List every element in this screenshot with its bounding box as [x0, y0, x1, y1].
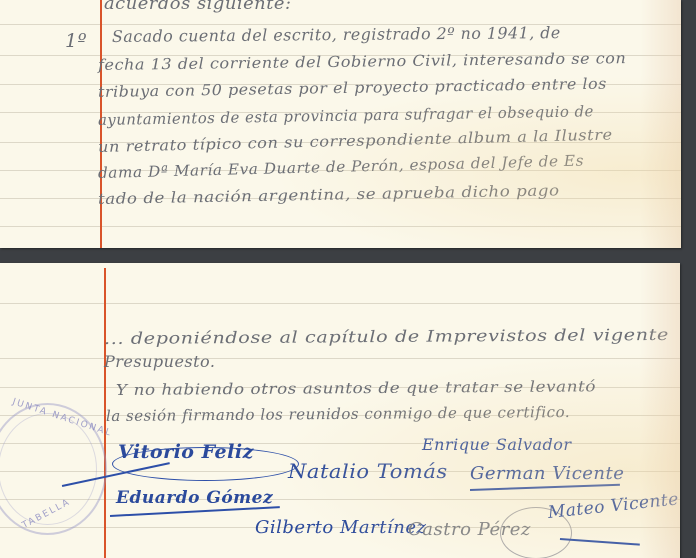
signature: German Vicente	[470, 463, 624, 484]
signature-flourish	[560, 538, 640, 545]
text-line-4: ayuntamientos de esta provincia para suf…	[98, 102, 594, 129]
signature: Eduardo Gómez	[116, 488, 273, 508]
text-line-7: tado de la nación argentina, se aprueba …	[98, 181, 560, 208]
ruled-line	[0, 226, 681, 227]
text-line-1: Sacado cuenta del escrito, registrado 2º…	[112, 23, 561, 46]
document-fragment-bottom: JUNTA NACIONAL TABELLA ... deponiéndose …	[0, 263, 680, 558]
ruled-line	[0, 358, 680, 359]
signature: Natalio Tomás	[288, 459, 448, 483]
text-line-3: tribuya con 50 pesetas por el proyecto p…	[98, 75, 607, 101]
text-line-1: Presupuesto.	[104, 352, 216, 371]
text-line-2: Y no habiendo otros asuntos de que trata…	[116, 377, 596, 399]
official-stamp: JUNTA NACIONAL TABELLA	[0, 403, 107, 535]
text-line-2: fecha 13 del corriente del Gobierno Civi…	[98, 49, 627, 74]
signature: Enrique Salvador	[422, 435, 572, 454]
signature: Vitorio Feliz	[118, 441, 254, 463]
signature: Gilberto Martínez	[255, 517, 426, 538]
ruled-line	[0, 303, 680, 304]
text-line-0: acuerdos siguiente:	[104, 0, 292, 14]
document-fragment-top: 1º acuerdos siguiente: Sacado cuenta del…	[0, 0, 681, 248]
document-viewer: 1º acuerdos siguiente: Sacado cuenta del…	[0, 0, 696, 558]
signature: Mateo Vicente	[547, 489, 680, 523]
text-line-3: la sesión firmando los reunidos conmigo …	[106, 403, 570, 425]
text-line-6: dama Dª María Eva Duarte de Perón, espos…	[98, 152, 584, 182]
text-line-0: ... deponiéndose al capítulo de Imprevis…	[104, 325, 669, 348]
text-line-5: un retrato típico con su correspondiente…	[98, 126, 613, 156]
signature-flourish	[470, 484, 620, 491]
item-number: 1º	[65, 30, 87, 52]
